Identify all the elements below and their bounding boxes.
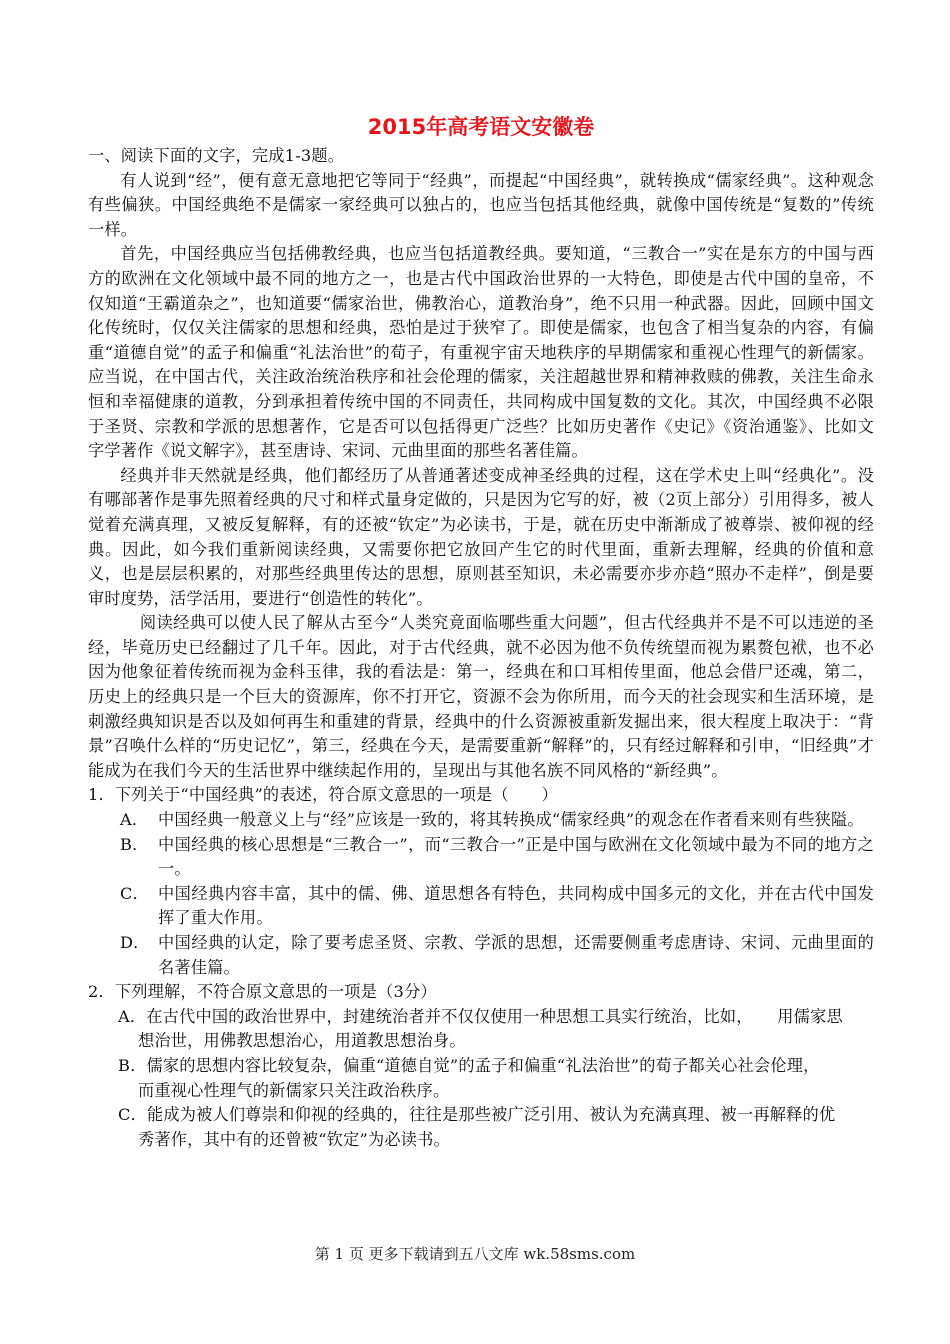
section-heading: 一、阅读下面的文字，完成1-3题。	[88, 144, 874, 169]
page-footer: 第 1 页 更多下载请到五八文库 wk.58sms.com	[0, 1243, 950, 1264]
option-text: 中国经典内容丰富，其中的儒、佛、道思想各有特色，共同构成中国多元的文化，并在古代…	[158, 882, 874, 931]
question-2-option-a: A．在古代中国的政治世界中，封建统治者并不仅仅使用一种思想工具实行统治，比如， …	[88, 1005, 874, 1054]
question-2-option-b: B．儒家的思想内容比较复杂，偏重“道德自觉”的孟子和偏重“礼法治世”的荀子都关心…	[88, 1054, 874, 1103]
passage-paragraph-4: 阅读经典可以使人民了解从古至今“人类究竟面临哪些重大问题”，但古代经典并不是不可…	[88, 611, 874, 783]
option-label: C．	[118, 1105, 147, 1124]
option-text: 能成为被人们尊崇和仰视的经典的，往往是那些被广泛引用、被认为充满真理、被一再解释…	[147, 1105, 835, 1124]
document-title: 2015年高考语文安徽卷	[88, 112, 874, 142]
option-text-continued: 秀著作，其中有的还曾被“钦定”为必读书。	[118, 1128, 874, 1153]
passage-paragraph-3: 经典并非天然就是经典，他们都经历了从普通著述变成神圣经典的过程，这在学术史上叫“…	[88, 464, 874, 612]
document-body: 一、阅读下面的文字，完成1-3题。 有人说到“经”，便有意无意地把它等同于“经典…	[88, 144, 874, 1152]
option-text: 中国经典的认定，除了要考虑圣贤、宗教、学派的思想，还需要侧重考虑唐诗、宋词、元曲…	[158, 931, 874, 980]
question-2-option-c: C．能成为被人们尊崇和仰视的经典的，往往是那些被广泛引用、被认为充满真理、被一再…	[88, 1103, 874, 1152]
option-label: C．	[88, 882, 158, 931]
option-label: D．	[88, 931, 158, 980]
option-text: 在古代中国的政治世界中，封建统治者并不仅仅使用一种思想工具实行统治，比如， 用儒…	[146, 1007, 843, 1026]
question-1-option-d: D． 中国经典的认定，除了要考虑圣贤、宗教、学派的思想，还需要侧重考虑唐诗、宋词…	[88, 931, 874, 980]
question-1-option-c: C． 中国经典内容丰富，其中的儒、佛、道思想各有特色，共同构成中国多元的文化，并…	[88, 882, 874, 931]
option-label: A．	[118, 1007, 146, 1026]
option-text-continued: 想治世，用佛教思想治心，用道教思想治身。	[118, 1029, 874, 1054]
option-label: A．	[88, 808, 158, 833]
option-text: 中国经典的核心思想是“三教合一”，而“三教合一”正是中国与欧洲在文化领域中最为不…	[158, 833, 874, 882]
option-label: B．	[118, 1056, 146, 1075]
passage-paragraph-1: 有人说到“经”，便有意无意地把它等同于“经典”，而提起“中国经典”，就转换成“儒…	[88, 169, 874, 243]
question-1-option-a: A． 中国经典一般意义上与“经”应该是一致的，将其转换成“儒家经典”的观念在作者…	[88, 808, 874, 833]
option-text-continued: 而重视心性理气的新儒家只关注政治秩序。	[118, 1079, 874, 1104]
option-text: 儒家的思想内容比较复杂，偏重“道德自觉”的孟子和偏重“礼法治世”的荀子都关心社会…	[146, 1056, 819, 1075]
option-text: 中国经典一般意义上与“经”应该是一致的，将其转换成“儒家经典”的观念在作者看来则…	[158, 808, 874, 833]
option-label: B．	[88, 833, 158, 882]
question-2-stem: 2．下列理解，不符合原文意思的一项是（3分）	[88, 980, 874, 1005]
document-page: 2015年高考语文安徽卷 一、阅读下面的文字，完成1-3题。 有人说到“经”，便…	[88, 112, 874, 1152]
question-1-stem: 1．下列关于“中国经典”的表述，符合原文意思的一项是（ ）	[88, 783, 874, 808]
passage-paragraph-2: 首先，中国经典应当包括佛教经典，也应当包括道教经典。要知道，“三教合一”实在是东…	[88, 242, 874, 463]
question-1-option-b: B． 中国经典的核心思想是“三教合一”，而“三教合一”正是中国与欧洲在文化领域中…	[88, 833, 874, 882]
